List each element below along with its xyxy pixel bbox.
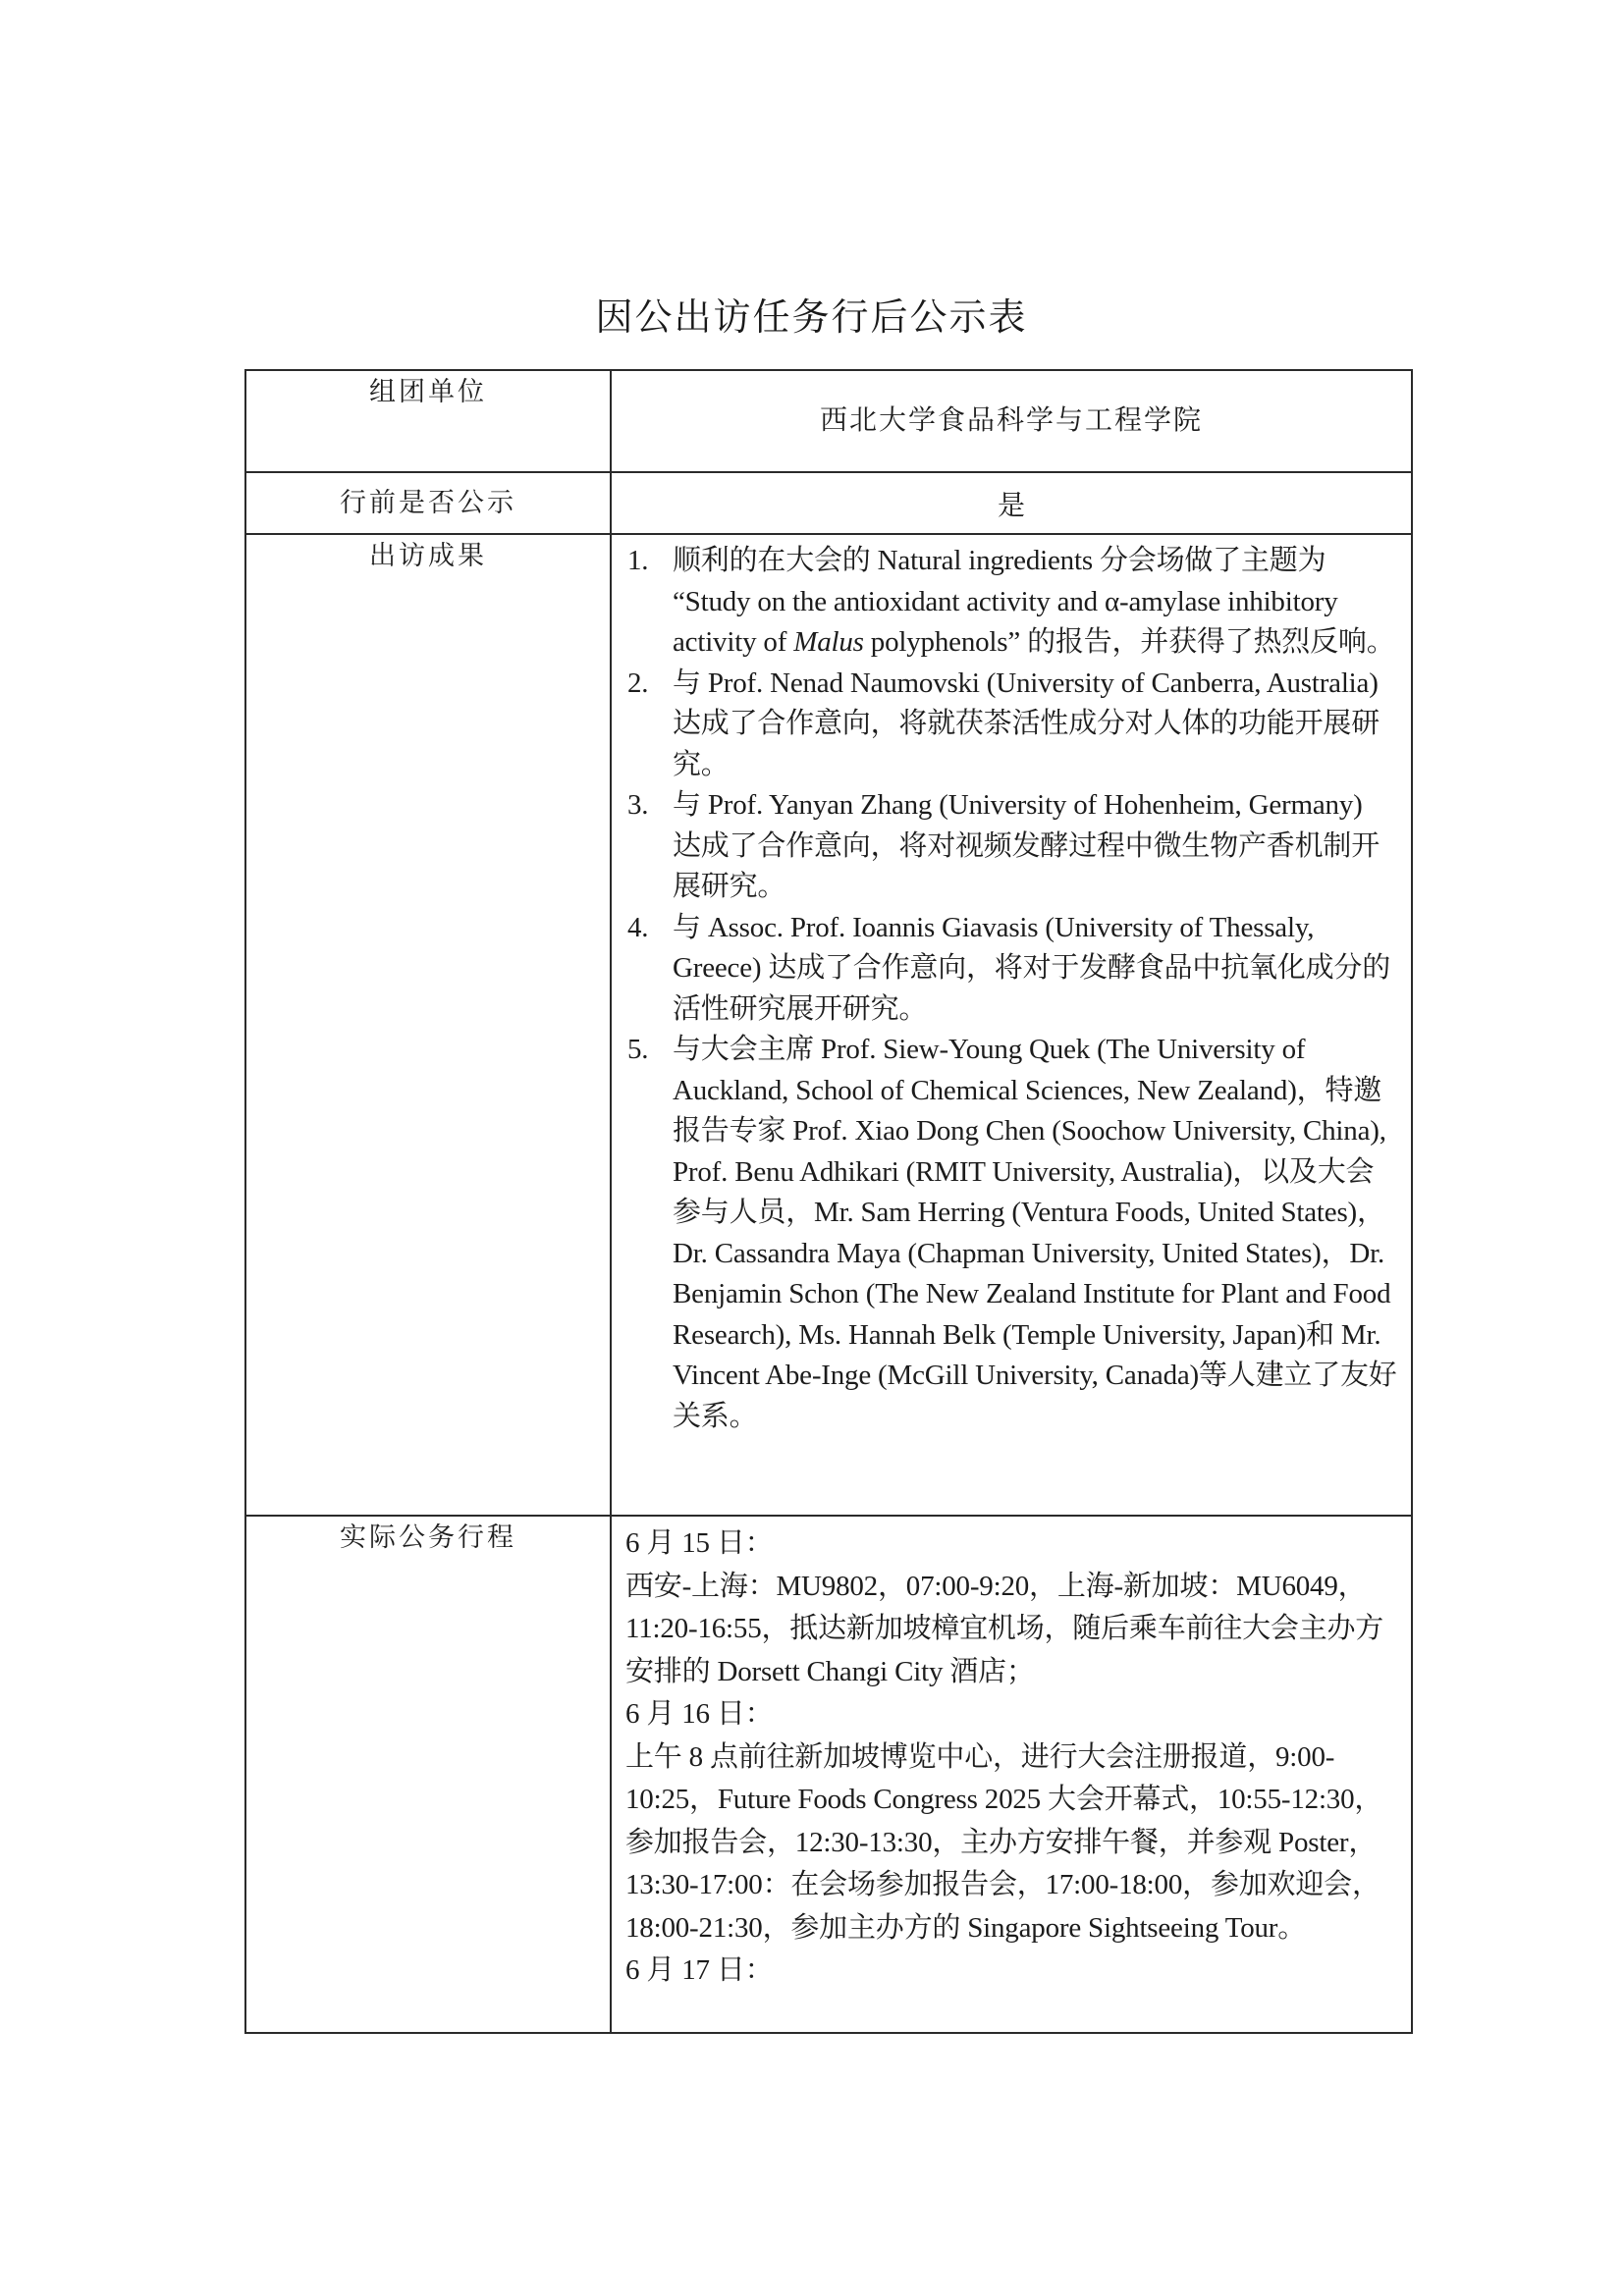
itinerary-value: 6 月 15 日： 西安-上海：MU9802，07:00-9:20，上海-新加坡…: [611, 1516, 1412, 2033]
prior-publicity-label: 行前是否公示: [245, 472, 611, 534]
publicity-table: 组团单位 西北大学食品科学与工程学院 行前是否公示 是 出访成果 1. 顺利的在…: [244, 369, 1413, 2034]
result-item: 4. 与 Assoc. Prof. Ioannis Giavasis (Univ…: [625, 908, 1397, 1031]
row-results: 出访成果 1. 顺利的在大会的 Natural ingredients 分会场做…: [245, 534, 1412, 1516]
itinerary-day-date: 6 月 15 日：: [625, 1522, 1399, 1566]
result-text-italic: Malus: [793, 626, 864, 658]
result-text: 与大会主席 Prof. Siew-Young Quek (The Univers…: [673, 1030, 1397, 1437]
result-text: 与 Prof. Nenad Naumovski (University of C…: [673, 664, 1397, 786]
results-label: 出访成果: [245, 534, 611, 1516]
row-itinerary: 实际公务行程 6 月 15 日： 西安-上海：MU9802，07:00-9:20…: [245, 1516, 1412, 2033]
prior-publicity-value: 是: [611, 472, 1412, 534]
result-item: 5. 与大会主席 Prof. Siew-Young Quek (The Univ…: [625, 1030, 1397, 1437]
itinerary-day-date: 6 月 16 日：: [625, 1693, 1399, 1736]
result-text: 与 Assoc. Prof. Ioannis Giavasis (Univers…: [673, 908, 1397, 1031]
result-number: 1.: [625, 541, 673, 664]
results-value: 1. 顺利的在大会的 Natural ingredients 分会场做了主题为 …: [611, 534, 1412, 1516]
result-text: 与 Prof. Yanyan Zhang (University of Hohe…: [673, 785, 1397, 908]
result-number: 4.: [625, 908, 673, 1031]
results-list: 1. 顺利的在大会的 Natural ingredients 分会场做了主题为 …: [612, 535, 1411, 1437]
organization-label: 组团单位: [245, 370, 611, 472]
itinerary-day-text: 西安-上海：MU9802，07:00-9:20，上海-新加坡：MU6049，11…: [625, 1566, 1399, 1694]
itinerary-content: 6 月 15 日： 西安-上海：MU9802，07:00-9:20，上海-新加坡…: [612, 1517, 1411, 1993]
itinerary-label: 实际公务行程: [245, 1516, 611, 2033]
result-number: 2.: [625, 664, 673, 786]
result-text: 顺利的在大会的 Natural ingredients 分会场做了主题为 “St…: [673, 541, 1397, 664]
result-number: 3.: [625, 785, 673, 908]
itinerary-day-date: 6 月 17 日：: [625, 1949, 1399, 1993]
row-prior-publicity: 行前是否公示 是: [245, 472, 1412, 534]
result-text-part: polyphenols” 的报告，并获得了热烈反响。: [864, 626, 1395, 658]
result-item: 2. 与 Prof. Nenad Naumovski (University o…: [625, 664, 1397, 786]
itinerary-day-text: 上午 8 点前往新加坡博览中心，进行大会注册报道，9:00-10:25，Futu…: [625, 1736, 1399, 1950]
result-number: 5.: [625, 1030, 673, 1437]
organization-value: 西北大学食品科学与工程学院: [611, 370, 1412, 472]
page-title: 因公出访任务行后公示表: [0, 287, 1623, 341]
result-item: 1. 顺利的在大会的 Natural ingredients 分会场做了主题为 …: [625, 541, 1397, 664]
row-organization: 组团单位 西北大学食品科学与工程学院: [245, 370, 1412, 472]
result-item: 3. 与 Prof. Yanyan Zhang (University of H…: [625, 785, 1397, 908]
